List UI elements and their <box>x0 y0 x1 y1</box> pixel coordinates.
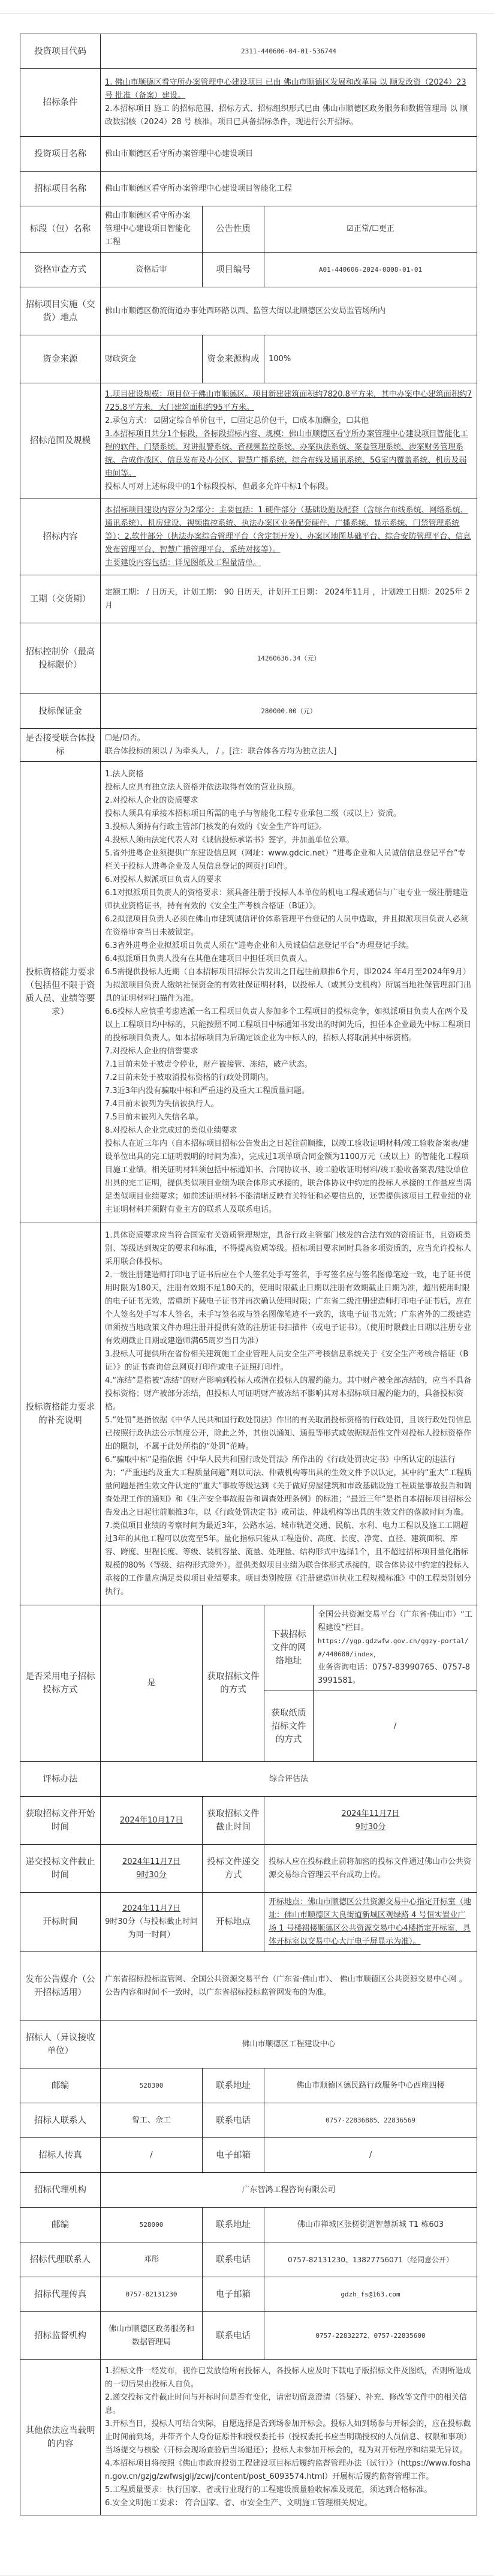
label: 联系电话 <box>203 2312 264 2360</box>
qualification-value: 1.法人资格 投标人应具有独立法人资格并依法取得有效的营业执照。 2.对投标人企… <box>101 762 477 1223</box>
other-line: 4.本招标项目将按照《佛山市政府投资工程建设项目标后履约监督管理办法（试行）》（… <box>105 2457 472 2484</box>
label: 邮编 <box>20 2208 101 2242</box>
label: 公告性质 <box>203 206 264 253</box>
supp-line: 5.“处罚”是指依据《中华人民共和国行政处罚法》作出的有关取消投标资格的行政处罚… <box>105 1414 472 1454</box>
label: 开标时间 <box>20 1893 101 1952</box>
fund-source-value: 财政资金 <box>101 335 203 383</box>
row-investment-code: 投资项目代码 2311-440606-04-01-536744 <box>20 34 477 69</box>
qual-line: 6.6投标人应慎重考虑选派一名工程项目负责人参加多个工程项目的投标竞争，如拟派项… <box>105 1005 472 1045</box>
tenderer-postcode: 528300 <box>101 2068 203 2103</box>
label: 招标人联系人 <box>20 2103 101 2138</box>
qual-line: 7.1目前未处于被责令停业，财产被接管、冻结，破产状态。 <box>105 1058 472 1071</box>
scope-value: 1.项目建设规模：项目位于佛山市顺德区。项目新建建筑面积约7820.8平方米，其… <box>101 383 477 499</box>
obtain-start-value: 2024年10月17日 <box>101 1797 203 1845</box>
label: 招标项目名称 <box>20 172 101 206</box>
scope-line: 3.本招标项目共分1个标段，各标段招标内容、规模：佛山市顺德区看守所办案管理中心… <box>105 428 472 481</box>
opening-date: 2024年11月7日 <box>105 1902 198 1916</box>
tenderer-phone: 0757-22836885、22836569 <box>264 2103 477 2138</box>
tender-project-name-value: 佛山市顺德区看守所办案管理中心建设项目智能化工程 <box>101 172 477 206</box>
qual-line: 投标人在近三年内（自本招标项目招标公告发出之日起往前顺推，以竣工验收证明材料/竣… <box>105 1137 472 1217</box>
bid-bond-value: 280000.00（元） <box>101 694 477 729</box>
row-tenderer-address: 邮编 528300 联系地址 佛山市顺德区德民路行政服务中心西座四楼 <box>20 2068 477 2103</box>
supervisor-value: 佛山市顺德区政务服务和数据管理局 <box>101 2312 203 2360</box>
agency-postcode: 528000 <box>101 2208 203 2242</box>
label: 资格审查方式 <box>20 253 101 287</box>
submit-time: 9时30分 <box>105 1869 198 1882</box>
other-line: 2.递交投标文件截止时间与开标时间是否有变化，请密切留意澄清（答疑）、补充、修改… <box>105 2391 472 2418</box>
agency-value: 广东智鸿工程咨询有限公司 <box>101 2173 477 2208</box>
row-content: 招标内容 本招标项目建设内容分为2部分：主要包括：1.硬件部分（基础设施及配套（… <box>20 499 477 575</box>
supervisor-phone: 0757-22832272、0757-22835600 <box>264 2312 477 2360</box>
scope-line: 1.项目建设规模：项目位于佛山市顺德区。项目新建建筑面积约7820.8平方米，其… <box>105 388 472 415</box>
label: 招标人（异议接收单位） <box>20 2020 101 2068</box>
label: 招标内容 <box>20 499 101 575</box>
row-tenderer-person: 招标人联系人 曾工、佘工 联系电话 0757-22836885、22836569 <box>20 2103 477 2138</box>
label: 是否接受联合体投标 <box>20 729 101 762</box>
opening-time: 9时30分（与投标截止时间为同一时间） <box>105 1916 198 1942</box>
row-submit: 递交投标文件截止时间 2024年11月7日 9时30分 投标文件递交方式 投标人… <box>20 1845 477 1893</box>
tenderer-fax: / <box>101 2138 203 2173</box>
row-agency-address: 邮编 528000 联系地址 佛山市禅城区张槎街道智慧新城 T1 栋603 <box>20 2208 477 2242</box>
agency-email-link[interactable]: gdzh_fs@163.com <box>264 2277 477 2312</box>
label: 资金来源构成 <box>203 335 264 383</box>
other-line: 1.招标文件一经发布，视作已发放给所有投标人，各投标人应及时下载电子版招标文件及… <box>105 2365 472 2391</box>
supp-line: 6.“骗取中标”是指依据《中华人民共和国行政处罚法》所作出的《行政处罚决定书》中… <box>105 1454 472 1520</box>
row-qualification-review: 资格审查方式 资格后审 项目编号 A01-440606-2024-0008-01… <box>20 253 477 287</box>
tender-conditions-value: 1. 佛山市顺德区看守所办案管理中心建设项目 已由 佛山市顺德区发展和改革局 以… <box>101 69 477 137</box>
row-agency-person: 招标代理联系人 邓彤 联系电话 0757-82131230、1382775607… <box>20 2242 477 2277</box>
row-agency: 招标代理机构 广东智鸿工程咨询有限公司 <box>20 2173 477 2208</box>
supplement-value: 1.具体资质要求应当符合国家有关资质管理规定，具备行政主管部门核发的合法有效的资… <box>101 1223 477 1605</box>
content-line: 主要建设内容包括：详见图纸及工程量清单。 <box>105 557 472 570</box>
label: 获取招标文件的方式 <box>203 1605 264 1762</box>
supp-line: 4.“冻结”是指被“冻结”的财产影响到投标人或潜在投标人的履约能力。其中财产被全… <box>105 1374 472 1414</box>
qual-line: 6.1对拟派项目负责人的资格要求：须具备注册于投标人本单位的机电工程或通信与广电… <box>105 887 472 913</box>
qual-line: 7.5目前未被列入失信名单。 <box>105 1111 472 1124</box>
row-tenderer: 招标人（异议接收单位） 佛山市顺德区工程建设中心 <box>20 2020 477 2068</box>
label: 发布公告媒介（公开招标适用） <box>20 1952 101 2020</box>
label: 招标监督机构 <box>20 2312 101 2360</box>
label: 电子邮箱 <box>203 2138 264 2173</box>
label: 其他依法应当载明的内容 <box>20 2360 101 2515</box>
obtain-end-time: 9时30分 <box>269 1821 472 1834</box>
qual-line: 7.对投标人企业的信誉要求 <box>105 1045 472 1058</box>
label: 获取招标文件截止时间 <box>203 1797 264 1845</box>
opening-time-value: 2024年11月7日 9时30分（与投标截止时间为同一时间） <box>101 1893 203 1952</box>
tenderer-email: / <box>264 2138 477 2173</box>
row-investment-name: 投资项目名称 佛山市顺德区看守所办案管理中心建设项目 <box>20 137 477 172</box>
notice-nature-value: ☑正常/☐更正 <box>264 206 477 253</box>
row-qualification: 投标资格能力要求（包括但不限于资质人员、业绩等要求） 1.法人资格 投标人应具有… <box>20 762 477 1223</box>
label: 下载招标文件的网络地址 <box>264 1605 314 1691</box>
row-duration: 工期（交货期） 定额工期： / 日历天，计划工期： 90 日历天，计划开工日期：… <box>20 575 477 623</box>
location-value: 佛山市顺德区勒流街道办事处西环路以西、监管大街以北顺德区公安局监管场所内 <box>101 287 477 335</box>
row-supplement: 投标资格能力要求的补充说明 1.具体资质要求应当符合国家有关资质管理规定，具备行… <box>20 1223 477 1605</box>
other-line: 5.工程质量要求：执行国家、省或行业现行的工程建设质量验收标准及规范，须达到合格… <box>105 2484 472 2497</box>
qual-line: 6.4拟派项目负责人没有在其他在建项目中担任项目负责人。 <box>105 953 472 966</box>
fund-composition-value: 100% <box>264 335 477 383</box>
obtain-end-value: 2024年11月7日 9时30分 <box>264 1797 477 1845</box>
scope-line: 投标人可对上述标段中的1个标段投标，但最多允许中标1个标段。 <box>105 481 472 494</box>
label: 工期（交货期） <box>20 575 101 623</box>
other-line: 3.开标当日，投标人可结合实际，自愿选择是否到场参加开标会。投标人如到场参与开标… <box>105 2418 472 2457</box>
label: 是否采用电子招标投标方式 <box>20 1605 101 1762</box>
label: 邮编 <box>20 2068 101 2103</box>
label: 招标控制价（最高投标限价） <box>20 623 101 694</box>
agency-phone: 0757-82131230、13827756071（经同意公开） <box>264 2242 477 2277</box>
qual-line: 6.3省外进粤企业拟派项目负责人须在“进粤企业和人员诚信信息登记平台”办理登记手… <box>105 939 472 953</box>
tenderer-person: 曾工、佘工 <box>101 2103 203 2138</box>
condition-line: 2.本招标项目 施工 的招标范围、招标方式、招标组织形式已由 佛山市顺德区政务服… <box>105 103 472 129</box>
download-line: 业务咨询电话：0757-83990765、0757-83991581。 <box>318 1661 472 1688</box>
download-url-link[interactable]: https://ygp.gdzwfw.gov.cn/ggzy-portal/#/… <box>318 1635 472 1661</box>
qual-line: 1.法人资格 <box>105 768 472 781</box>
investment-name-value: 佛山市顺德区看守所办案管理中心建设项目 <box>101 137 477 172</box>
supp-line: 7.类似项目业绩的考察时间为最近3年，公路水运、城市轨道交通、民航、水利、电力工… <box>105 1520 472 1599</box>
label: 投资项目名称 <box>20 137 101 172</box>
duration-value: 定额工期： / 日历天，计划工期： 90 日历天，计划开工日期： 2024年11… <box>101 575 477 623</box>
qual-line: 5.省外进粤企业须提供广东建设信息网（网址：www.gdcic.net）“进粤企… <box>105 847 472 873</box>
label: 开标地点 <box>203 1893 264 1952</box>
label: 电子邮箱 <box>203 2277 264 2312</box>
row-obtain-time: 获取招标文件开始时间 2024年10月17日 获取招标文件截止时间 2024年1… <box>20 1797 477 1845</box>
evaluation-value: 综合评估法 <box>101 1762 477 1797</box>
label: 联系地址 <box>203 2068 264 2103</box>
content-value: 本招标项目建设内容分为2部分：主要包括：1.硬件部分（基础设施及配套（含综合布线… <box>101 499 477 575</box>
label: 招标范围及规模 <box>20 383 101 499</box>
opening-place-value: 开标地点：佛山市顺德区公共资源交易中心指定开标室（地址：佛山市顺德区大良街道新城… <box>264 1893 477 1952</box>
row-evaluation: 评标办法 综合评估法 <box>20 1762 477 1797</box>
label: 招标人传真 <box>20 2138 101 2173</box>
qual-line: 6.2拟派项目负责人必须在佛山市建筑诚信评价体系管理平台登记的人员中选取，并且拟… <box>105 913 472 939</box>
qual-line: 7.4目前未被列为失信被执行人。 <box>105 1098 472 1111</box>
qual-line: 7.2目前未处于被取消投标资格的行政处罚期内。 <box>105 1071 472 1085</box>
label: 获取招标文件开始时间 <box>20 1797 101 1845</box>
submit-method-value: 投标人应在投标截止前将加密的投标文件通过佛山市公共资源交易综合管理云平台成功上传… <box>264 1845 477 1893</box>
label: 投标资格能力要求的补充说明 <box>20 1223 101 1605</box>
label: 递交投标文件截止时间 <box>20 1845 101 1893</box>
label: 招标项目实施（交货）地点 <box>20 287 101 335</box>
row-other: 其他依法应当载明的内容 1.招标文件一经发布，视作已发放给所有投标人，各投标人应… <box>20 2360 477 2515</box>
qualification-review-value: 资格后审 <box>101 253 203 287</box>
label: 获取纸质招标文件的方式 <box>264 1691 314 1762</box>
consortium-value: ☐是/☑否。 联合体投标的须以 / 为牵头人， / 。[注：联合体各方均为独立法… <box>101 729 477 762</box>
label: 招标代理联系人 <box>20 2242 101 2277</box>
label: 资金来源 <box>20 335 101 383</box>
scope-line: 2.承包方式： ☑固定综合单价包干，☐固定总价包干，☐成本加酬金，☐其他 <box>105 415 472 428</box>
qual-line: 6.5需提供投标人近期（自本招标项目招标公告发出之日起往前顺推6个月，即2024… <box>105 966 472 1005</box>
agency-address: 佛山市禅城区张槎街道智慧新城 T1 栋603 <box>264 2208 477 2242</box>
row-section-name: 标段（包）名称 佛山市顺德区看守所办案管理中心建设项目智能化工程 公告性质 ☑正… <box>20 206 477 253</box>
qual-line: 8.对投标人企业完成过的类似业绩要求 <box>105 1124 472 1137</box>
label: 招标代理机构 <box>20 2173 101 2208</box>
label: 项目编号 <box>203 253 264 287</box>
tender-notice-table: 投资项目代码 2311-440606-04-01-536744 招标条件 1. … <box>20 34 477 2515</box>
control-price-value: 14260636.34（元） <box>101 623 477 694</box>
download-line: 全国公共资源交易平台（广东省·佛山市）“工程建设”栏目。 <box>318 1608 472 1635</box>
row-agency-fax: 招标代理传真 0757-82131230 电子邮箱 gdzh_fs@163.co… <box>20 2277 477 2312</box>
row-tender-conditions: 招标条件 1. 佛山市顺德区看守所办案管理中心建设项目 已由 佛山市顺德区发展和… <box>20 69 477 137</box>
label: 联系地址 <box>203 2208 264 2242</box>
condition-line: 1. 佛山市顺德区看守所办案管理中心建设项目 已由 佛山市顺德区发展和改革局 以… <box>105 76 472 103</box>
supp-line: 2.一级注册建造师打印电子证书后应在个人签名处手写签名，手写签名应与签名图像笔迹… <box>105 1269 472 1348</box>
tenderer-address: 佛山市顺德区德民路行政服务中心西座四楼 <box>264 2068 477 2103</box>
label: 投标文件递交方式 <box>203 1845 264 1893</box>
obtain-end-date: 2024年11月7日 <box>269 1808 472 1821</box>
row-bid-bond: 投标保证金 280000.00（元） <box>20 694 477 729</box>
row-scope: 招标范围及规模 1.项目建设规模：项目位于佛山市顺德区。项目新建建筑面积约782… <box>20 383 477 499</box>
label: 联系电话 <box>203 2242 264 2277</box>
download-address-value: 全国公共资源交易平台（广东省·佛山市）“工程建设”栏目。 https://ygp… <box>314 1605 477 1691</box>
row-electronic: 是否采用电子招标投标方式 是 获取招标文件的方式 下载招标文件的网络地址 全国公… <box>20 1605 477 1691</box>
submit-date: 2024年11月7日 <box>105 1856 198 1869</box>
label: 招标代理传真 <box>20 2277 101 2312</box>
media-value: 广东省招标投标监管网、全国公共资源交易平台（广东省·佛山市）、 佛山市顺德区公共… <box>101 1952 477 2020</box>
row-tenderer-fax: 招标人传真 / 电子邮箱 / <box>20 2138 477 2173</box>
consortium-line: 联合体投标的须以 / 为牵头人， / 。[注：联合体各方均为独立法人] <box>105 745 472 758</box>
agency-fax: 0757-82131230 <box>101 2277 203 2312</box>
qual-line: 3.投标人须持有行政主管部门核发的有效的《安全生产许可证》。 <box>105 821 472 834</box>
label: 评标办法 <box>20 1762 101 1797</box>
project-number-value: A01-440606-2024-0008-01-01 <box>264 253 477 287</box>
qual-line: 2.对投标人企业的资质要求 <box>105 794 472 807</box>
agency-person: 邓彤 <box>101 2242 203 2277</box>
consortium-line: ☐是/☑否。 <box>105 732 472 745</box>
submit-deadline-value: 2024年11月7日 9时30分 <box>101 1845 203 1893</box>
notice-container: 投资项目代码 2311-440606-04-01-536744 招标条件 1. … <box>0 14 494 2551</box>
label: 联系电话 <box>203 2103 264 2138</box>
content-line: 本招标项目建设内容分为2部分：主要包括：1.硬件部分（基础设施及配套（含综合布线… <box>105 504 472 557</box>
row-location: 招标项目实施（交货）地点 佛山市顺德区勒流街道办事处西环路以西、监管大街以北顺德… <box>20 287 477 335</box>
qual-line: 4.投标人须由法定代表人对《诚信投标承诺书》签字，并加盖单位公章。 <box>105 834 472 847</box>
label: 投资项目代码 <box>20 34 101 69</box>
row-fund-source: 资金来源 财政资金 资金来源构成 100% <box>20 335 477 383</box>
tenderer-value: 佛山市顺德区工程建设中心 <box>101 2020 477 2068</box>
other-line: 6.安全文明施工要求： 符合国家、省、市安全生产、文明施工管理相关规定。 <box>105 2497 472 2510</box>
row-consortium: 是否接受联合体投标 ☐是/☑否。 联合体投标的须以 / 为牵头人， / 。[注：… <box>20 729 477 762</box>
qual-line: 7.3近3年内没有骗取中标和严重违约及重大工程质量问题。 <box>105 1085 472 1098</box>
label: 招标条件 <box>20 69 101 137</box>
investment-code-value: 2311-440606-04-01-536744 <box>101 34 477 69</box>
section-name-value: 佛山市顺德区看守所办案管理中心建设项目智能化工程 <box>101 206 203 253</box>
row-supervisor: 招标监督机构 佛山市顺德区政务服务和数据管理局 联系电话 0757-228322… <box>20 2312 477 2360</box>
label: 投标保证金 <box>20 694 101 729</box>
supp-line: 3.投标人可提供所在省份相关建筑施工企业管理人员安全生产考核信息系统关于《安全生… <box>105 1348 472 1374</box>
electronic-value: 是 <box>101 1605 203 1762</box>
row-tender-project-name: 招标项目名称 佛山市顺德区看守所办案管理中心建设项目智能化工程 <box>20 172 477 206</box>
other-value: 1.招标文件一经发布，视作已发放给所有投标人，各投标人应及时下载电子版招标文件及… <box>101 2360 477 2515</box>
row-media: 发布公告媒介（公开招标适用） 广东省招标投标监管网、全国公共资源交易平台（广东省… <box>20 1952 477 2020</box>
row-control-price: 招标控制价（最高投标限价） 14260636.34（元） <box>20 623 477 694</box>
paper-method-value: / <box>314 1691 477 1762</box>
label: 标段（包）名称 <box>20 206 101 253</box>
supp-line: 1.具体资质要求应当符合国家有关资质管理规定，具备行政主管部门核发的合法有效的资… <box>105 1229 472 1269</box>
row-opening: 开标时间 2024年11月7日 9时30分（与投标截止时间为同一时间） 开标地点… <box>20 1893 477 1952</box>
qual-line: 6.对投标人拟派项目负责人的要求 <box>105 873 472 887</box>
qual-line: 投标人应具有独立法人资格并依法取得有效的营业执照。 <box>105 781 472 794</box>
label: 投标资格能力要求（包括但不限于资质人员、业绩等要求） <box>20 762 101 1223</box>
qual-line: 投标人须具有承接本招标项目所需的电子与智能化工程专业承包二级（或以上）资质。 <box>105 807 472 821</box>
